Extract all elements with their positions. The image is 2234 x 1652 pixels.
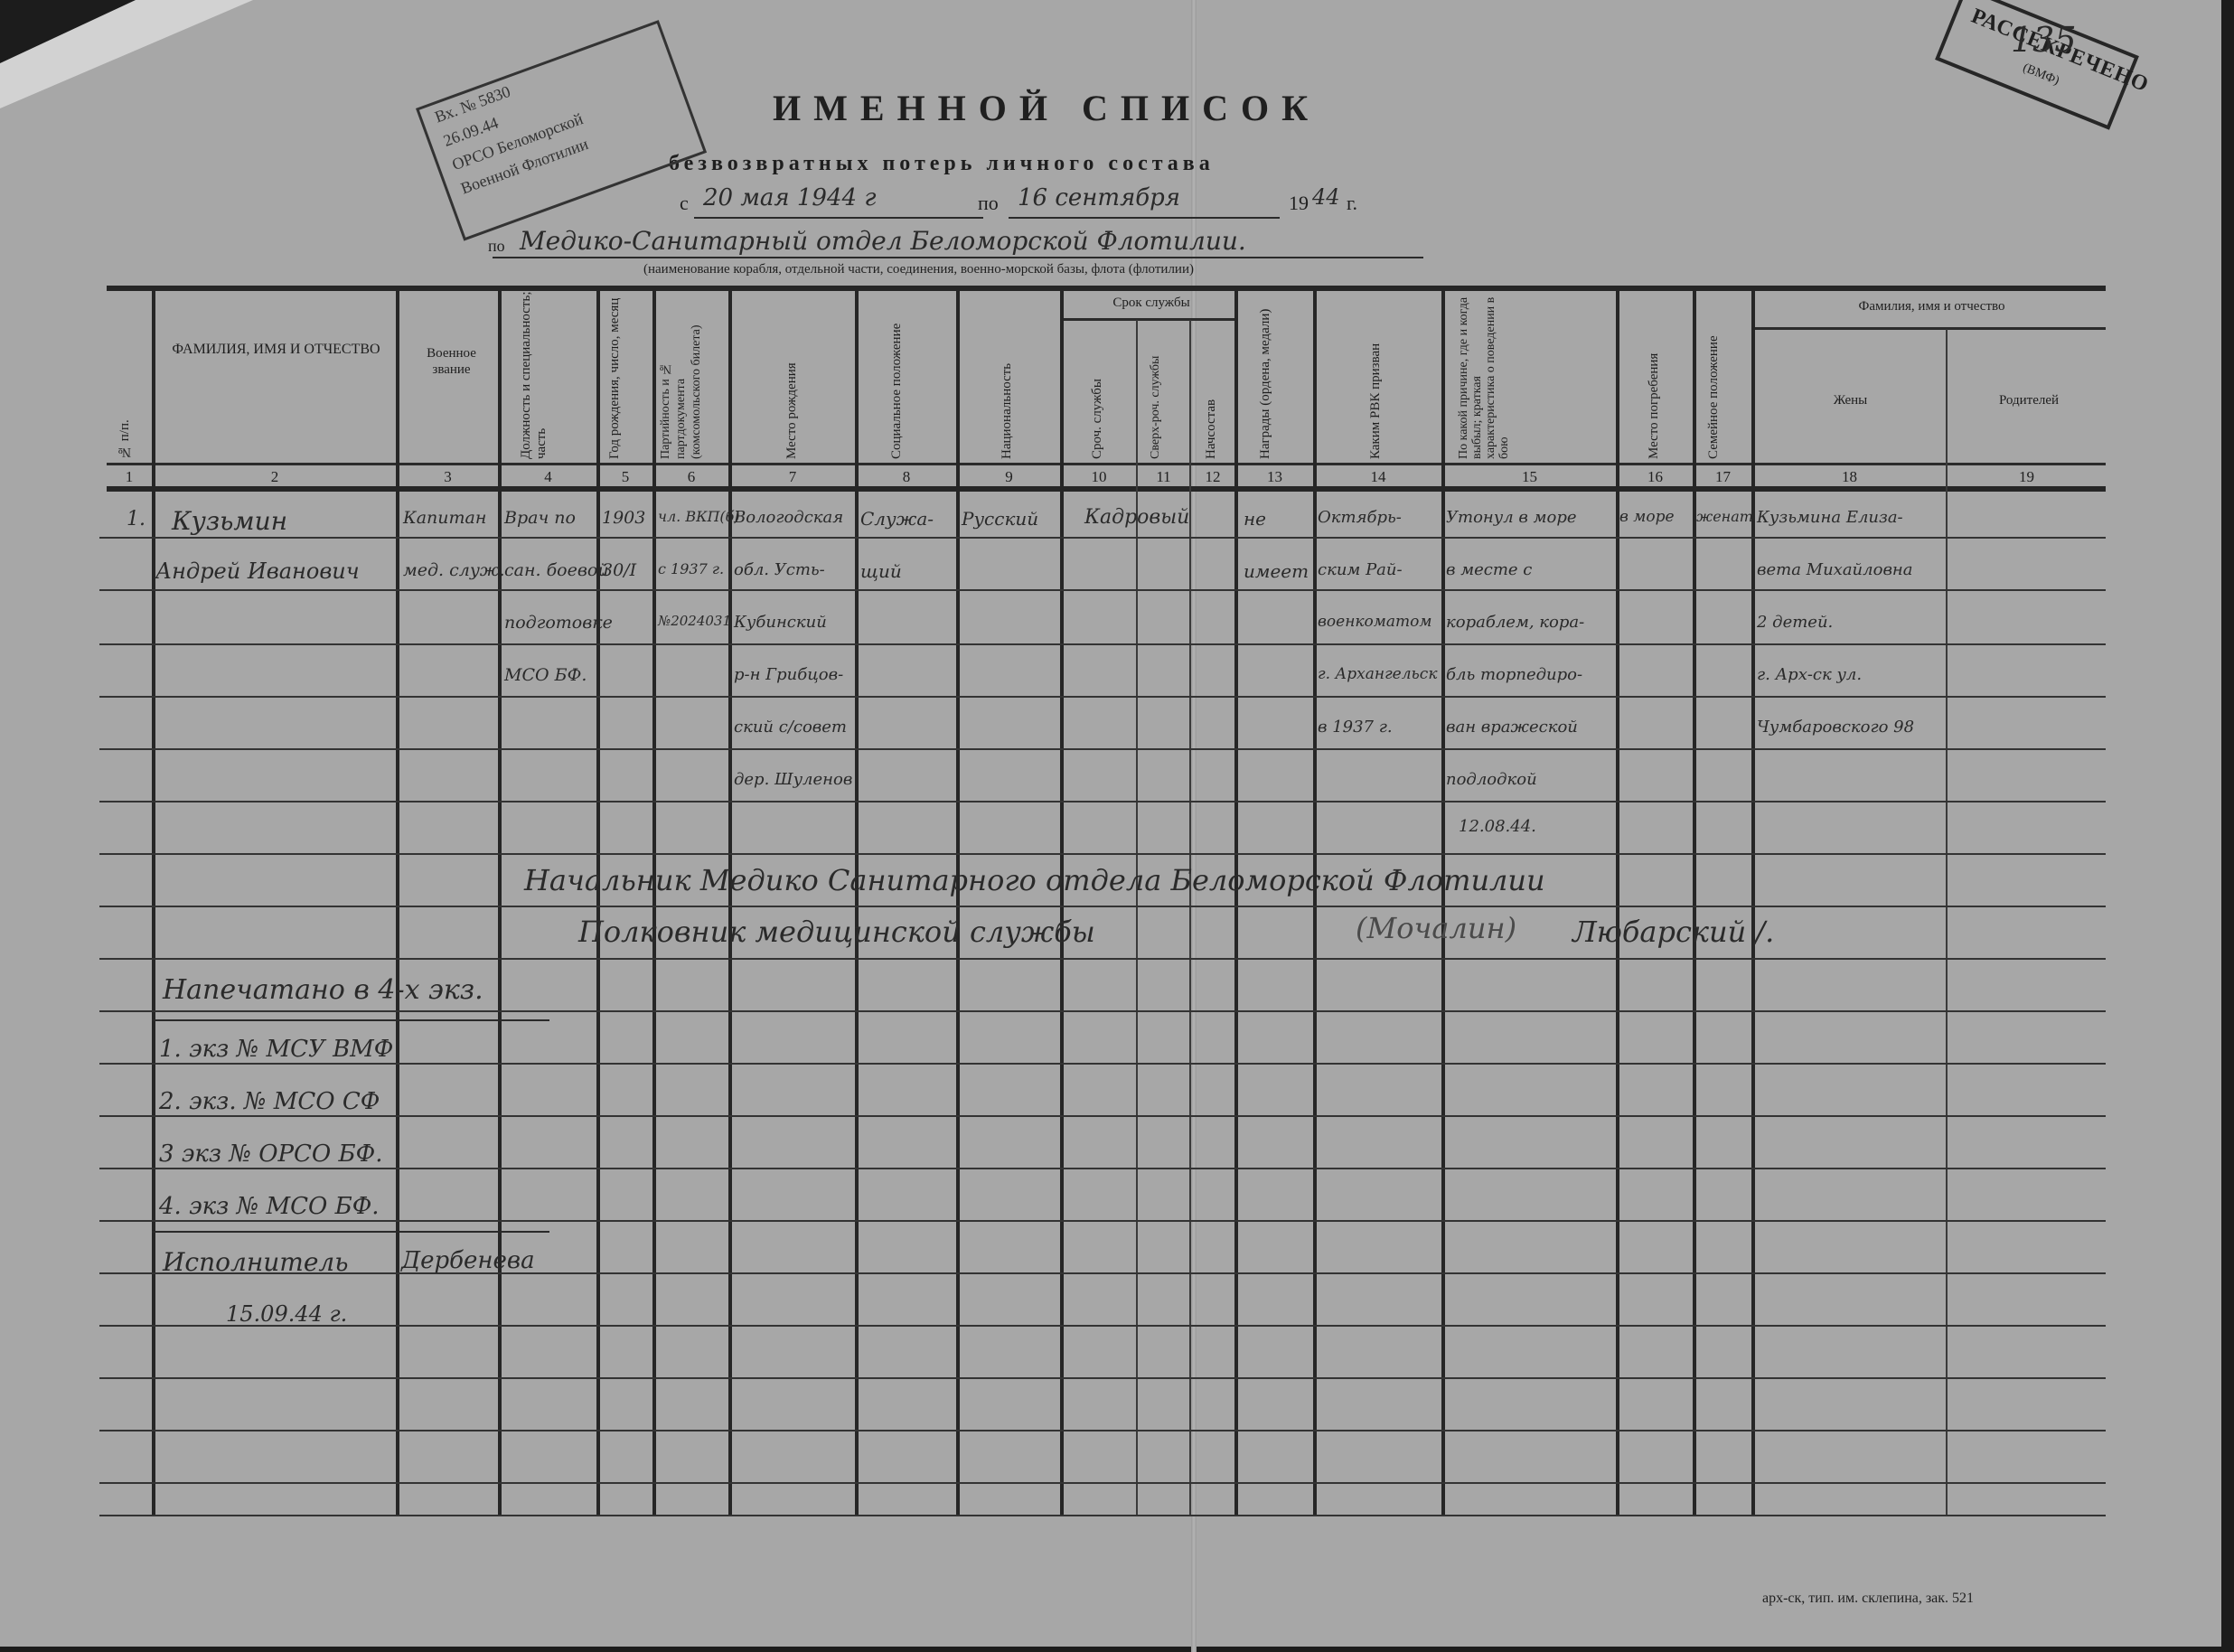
cell-birthplace-6: дер. Шуленов — [734, 770, 852, 789]
period-from-value: 20 мая 1944 г — [703, 184, 876, 211]
copy-fleet: БФ. — [339, 1140, 383, 1168]
declassified-stamp-sub: (ВМФ) — [2021, 61, 2061, 89]
cell-birth-year: 1903 — [602, 508, 645, 528]
copy-fleet: БФ. — [335, 1193, 380, 1220]
cell-reason-date: 12.08.44. — [1459, 817, 1536, 836]
cell-wife-3: 2 детей. — [1757, 613, 1833, 632]
cell-party-2: с 1937 г. — [658, 560, 724, 577]
row-rule — [99, 1010, 2106, 1012]
signature-rank-line: Полковник медицинской службы — [578, 915, 1095, 949]
cell-reason-2: в месте с — [1446, 560, 1532, 579]
copy-dest: МСО — [266, 1193, 327, 1220]
service-term-divider — [1062, 318, 1236, 321]
copy-1: 1. экз № МСУ ВМФ — [159, 1036, 393, 1063]
year-prefix: 19 — [1289, 192, 1309, 215]
copy-fleet: ВМФ — [333, 1036, 393, 1063]
row-rule — [99, 1377, 2106, 1379]
header-no: № п/п. — [117, 380, 133, 459]
copy-label: экз № — [189, 1193, 258, 1220]
col-number: 17 — [1694, 468, 1751, 486]
header-relatives: Фамилия, имя и отчество — [1758, 298, 2106, 314]
unit-underline — [493, 257, 1423, 258]
row-rule — [99, 1115, 2106, 1117]
header-awards: Награды (ордена, медали) — [1258, 291, 1273, 459]
period-to-value: 16 сентября — [1018, 184, 1180, 211]
header-bottom-border — [107, 486, 2106, 492]
row-rule — [99, 1325, 2106, 1327]
copy-dest: ОРСО — [258, 1140, 331, 1168]
row-rule — [99, 1430, 2106, 1431]
period-from-underline — [694, 217, 983, 219]
copy-dest: МСУ — [266, 1036, 324, 1063]
period-from-prefix: с — [680, 192, 689, 215]
table-top-border — [107, 286, 2106, 291]
copies-header: Напечатано в 4-х экз. — [163, 974, 483, 1006]
row-rule — [99, 696, 2106, 698]
executor-name: Дербенева — [401, 1247, 535, 1274]
row-rule — [99, 801, 2106, 803]
col-number: 13 — [1236, 468, 1313, 486]
executor-label: Исполнитель — [163, 1247, 349, 1277]
cell-rank-1: Капитан — [403, 508, 486, 528]
col-number: 10 — [1062, 468, 1136, 486]
row-rule — [99, 748, 2106, 750]
header-regular-service: Сроч. службы — [1090, 325, 1105, 459]
cell-rvk-5: в 1937 г. — [1318, 718, 1393, 737]
copy-label: экз № — [182, 1140, 251, 1168]
header-nationality: Национальность — [1000, 291, 1015, 459]
cell-position-1: Врач по — [504, 508, 576, 528]
cell-position-3: подготовке — [504, 613, 613, 633]
copy-4: 4. экз № МСО БФ. — [159, 1193, 380, 1220]
cell-reason-4: бль торпедиро- — [1446, 665, 1582, 684]
cell-position-2: сан. боевой — [504, 560, 609, 580]
copy-2: 2. экз. № МСО СФ — [159, 1088, 380, 1115]
header-position: Должность и специальность; часть — [519, 291, 549, 459]
header-rvk: Каким РВК призван — [1368, 291, 1384, 459]
row-rule — [99, 589, 2106, 591]
cell-rvk-4: г. Архангельск — [1318, 665, 1437, 683]
header-wife: Жены — [1758, 392, 1943, 408]
header-birth: Год рождения, число, месяц — [607, 291, 623, 459]
col-number: 4 — [500, 468, 596, 486]
background-corner — [0, 0, 136, 63]
unit-prefix: по — [488, 237, 505, 256]
row-rule — [99, 1272, 2106, 1274]
printer-imprint: арх-ск, тип. им. склепина, зак. 521 — [1762, 1591, 1974, 1607]
cell-birthplace-2: обл. Усть- — [734, 560, 825, 579]
period-to-prefix: по — [978, 192, 999, 215]
col-number: 7 — [730, 468, 855, 486]
header-service-term: Срок службы — [1066, 295, 1236, 311]
row-rule — [99, 906, 2106, 907]
year-value: 44 — [1312, 184, 1340, 210]
cell-burial: в море — [1619, 508, 1675, 526]
cell-awards-1: не — [1244, 508, 1266, 530]
row-rule — [99, 1168, 2106, 1169]
header-officers: Начсостав — [1204, 325, 1219, 459]
header-burial: Место погребения — [1647, 291, 1662, 459]
cell-reason-1: Утонул в море — [1446, 508, 1577, 527]
col-number: 18 — [1753, 468, 1946, 486]
cell-rvk-3: военкоматом — [1318, 613, 1431, 631]
header-number-divider — [107, 463, 2106, 465]
cell-birthplace-1: Вологодская — [734, 508, 843, 527]
signatory-name: Любарский /. — [1572, 915, 1774, 949]
row-rule — [99, 958, 2106, 960]
copy-number: 4. — [159, 1193, 182, 1220]
copy-number: 1. — [159, 1036, 182, 1063]
col-number: 9 — [958, 468, 1060, 486]
cell-given-names: Андрей Иванович — [155, 558, 360, 584]
signature-mark: (Мочалин) — [1356, 911, 1516, 945]
header-social: Социальное положение — [889, 291, 905, 459]
col-number: 12 — [1191, 468, 1234, 486]
year-suffix: г. — [1347, 192, 1357, 215]
cell-party-3: №2024031 — [658, 613, 731, 629]
header-party: Партийность и № партдокумента (комсомоль… — [658, 291, 704, 459]
cell-rank-2: мед. служ. — [403, 560, 505, 580]
cell-position-4: МСО БФ. — [504, 665, 587, 685]
signature-title-line: Начальник Медико Санитарного отдела Бело… — [524, 863, 1545, 897]
row-rule — [99, 1220, 2106, 1222]
row-rule — [99, 1482, 2106, 1484]
copies-bottom-underline — [152, 1231, 549, 1233]
column-line — [1136, 320, 1138, 1516]
cell-social-2: щий — [860, 560, 902, 582]
column-line — [1946, 329, 1948, 1516]
copy-dest: МСО — [274, 1088, 335, 1115]
relatives-divider — [1753, 327, 2106, 330]
unit-name: Медико-Санитарный отдел Беломорской Флот… — [520, 226, 1246, 256]
copy-3: 3 экз № ОРСО БФ. — [159, 1140, 382, 1168]
header-birthplace: Место рождения — [784, 291, 800, 459]
cell-wife-5: Чумбаровского 98 — [1757, 718, 1914, 737]
column-line — [1189, 320, 1191, 1516]
col-number: 11 — [1138, 468, 1189, 486]
cell-wife-2: вета Михайловна — [1757, 560, 1913, 579]
cell-party-1: чл. ВКП(б) — [658, 508, 740, 525]
cell-social-1: Служа- — [860, 508, 934, 530]
cell-reason-6: подлодкой — [1446, 770, 1537, 789]
header-reason: По какой причине, где и когда выбыл; кра… — [1457, 291, 1511, 459]
copies-header-underline — [152, 1019, 549, 1021]
cell-birthplace-4: р-н Грибцов- — [734, 665, 843, 684]
cell-birthplace-3: Кубинский — [734, 613, 827, 632]
cell-wife-4: г. Арх-ск ул. — [1757, 665, 1862, 684]
copy-label: экз. № — [189, 1088, 266, 1115]
col-number: 14 — [1315, 468, 1441, 486]
col-number: 6 — [654, 468, 728, 486]
col-number: 3 — [398, 468, 498, 486]
cell-reason-3: кораблем, кора- — [1446, 613, 1584, 632]
col-number: 5 — [598, 468, 652, 486]
cell-reason-5: ван вражеской — [1446, 718, 1578, 737]
cell-surname: Кузьмин — [172, 506, 287, 536]
copy-label: экз № — [189, 1036, 258, 1063]
cell-wife-1: Кузьмина Елиза- — [1757, 508, 1903, 527]
copy-number: 3 — [159, 1140, 174, 1168]
col-number: 2 — [154, 468, 396, 486]
cell-awards-2: имеет — [1244, 560, 1309, 582]
col-number: 8 — [857, 468, 956, 486]
header-name: ФАМИЛИЯ, ИМЯ И ОТЧЕСТВО — [161, 342, 391, 358]
copy-fleet: СФ — [343, 1088, 380, 1115]
header-family: Семейное положение — [1706, 291, 1722, 459]
copy-number: 2. — [159, 1088, 182, 1115]
cell-service: Кадровый — [1084, 506, 1189, 529]
header-parents: Родителей — [1952, 392, 2106, 408]
cell-birth-date: 30/I — [602, 560, 636, 580]
col-number: 16 — [1618, 468, 1693, 486]
col-number: 1 — [107, 468, 152, 486]
header-extended-service: Сверх-роч. службы — [1148, 325, 1163, 459]
cell-family: женат — [1696, 508, 1753, 525]
executor-date: 15.09.44 г. — [226, 1301, 347, 1327]
document-title: ИМЕННОЙ СПИСОК — [773, 87, 1320, 129]
cell-birthplace-5: ский с/совет — [734, 718, 847, 737]
period-to-underline — [1009, 217, 1280, 219]
row-rule — [99, 537, 2106, 539]
header-rank: Военное звание — [408, 345, 494, 378]
background-edge — [2221, 0, 2234, 1652]
cell-rvk-1: Октябрь- — [1318, 508, 1402, 527]
row-rule — [99, 643, 2106, 645]
row-rule — [99, 853, 2106, 855]
cell-no: 1. — [127, 508, 145, 530]
row-rule — [99, 1063, 2106, 1065]
unit-caption: (наименование корабля, отдельной части, … — [643, 262, 1194, 277]
cell-nationality: Русский — [962, 508, 1038, 530]
page-number: 135 — [2011, 20, 2077, 60]
document-subtitle: безвозвратных потерь личного состава — [669, 152, 1215, 176]
col-number: 15 — [1443, 468, 1616, 486]
col-number: 19 — [1948, 468, 2106, 486]
row-rule — [99, 1515, 2106, 1516]
cell-rvk-2: ским Рай- — [1318, 560, 1403, 579]
